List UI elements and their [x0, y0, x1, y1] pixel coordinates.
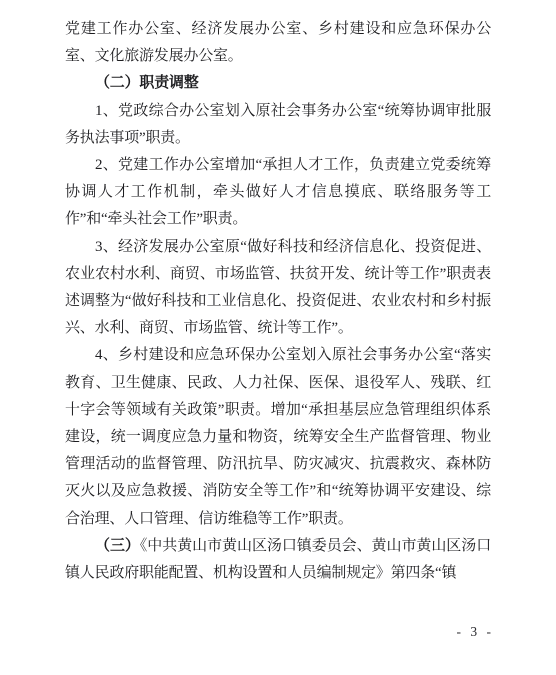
section-heading: （二）职责调整: [65, 70, 491, 97]
list-item-4: 4、乡村建设和应急环保办公室划入原社会事务办公室“落实教育、卫生健康、民政、人力…: [65, 342, 491, 532]
paragraph-closing: （三）《中共黄山市黄山区汤口镇委员会、黄山市黄山区汤口镇人民政府职能配置、机构设…: [65, 533, 491, 587]
list-item-2: 2、党建工作办公室增加“承担人才工作，负责建立党委统筹协调人才工作机制，牵头做好…: [65, 152, 491, 234]
document-body: 党建工作办公室、经济发展办公室、乡村建设和应急环保办公室、文化旅游发展办公室。 …: [65, 16, 491, 587]
page-number: - 3 -: [457, 623, 495, 641]
document-page: 党建工作办公室、经济发展办公室、乡村建设和应急环保办公室、文化旅游发展办公室。 …: [0, 0, 556, 675]
list-item-3: 3、经济发展办公室原“做好科技和经济信息化、投资促进、农业农村水利、商贸、市场监…: [65, 234, 491, 343]
paragraph-continuation: 党建工作办公室、经济发展办公室、乡村建设和应急环保办公室、文化旅游发展办公室。: [65, 16, 491, 70]
list-item-1: 1、党政综合办公室划入原社会事务办公室“统筹协调审批服务执法事项”职责。: [65, 98, 491, 152]
closing-section-label: （三）: [95, 538, 140, 554]
